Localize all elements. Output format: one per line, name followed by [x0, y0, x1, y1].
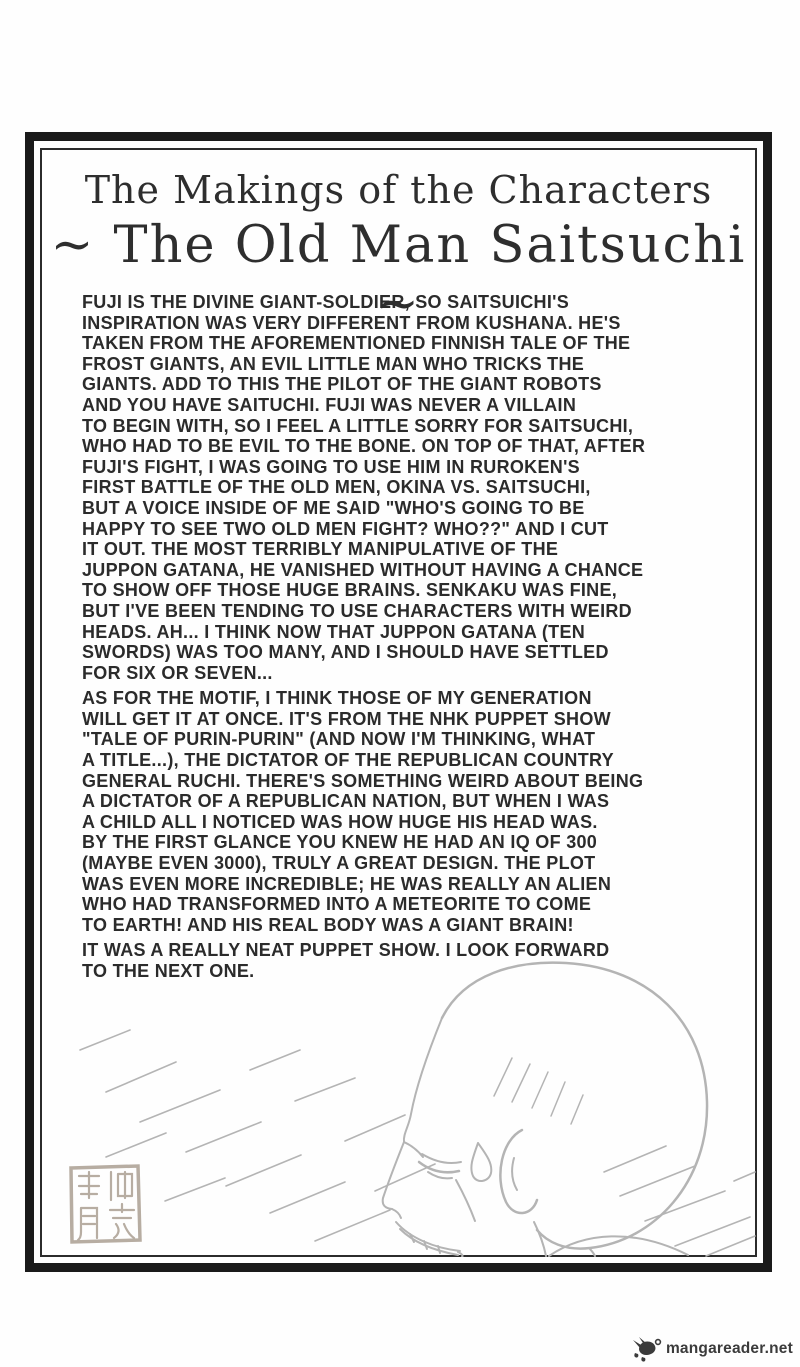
text-line: BY THE FIRST GLANCE YOU KNEW HE HAD AN I…	[82, 832, 742, 853]
text-line: "TALE OF PURIN-PURIN" (AND NOW I'M THINK…	[82, 729, 742, 750]
watermark: mangareader.net	[631, 1336, 793, 1362]
watermark-text: mangareader.net	[666, 1340, 793, 1358]
text-line: FIRST BATTLE OF THE OLD MEN, OKINA VS. S…	[82, 477, 742, 498]
text-line: A DICTATOR OF A REPUBLICAN NATION, BUT W…	[82, 791, 742, 812]
text-line: TAKEN FROM THE AFOREMENTIONED FINNISH TA…	[82, 333, 742, 354]
text-line: FUJI IS THE DIVINE GIANT-SOLDIER, SO SAI…	[82, 292, 742, 313]
text-line: FUJI'S FIGHT, I WAS GOING TO USE HIM IN …	[82, 457, 742, 478]
text-line: WAS EVEN MORE INCREDIBLE; HE WAS REALLY …	[82, 874, 742, 895]
page-title: The Makings of the Characters	[25, 168, 772, 212]
text-line: A TITLE...), THE DICTATOR OF THE REPUBLI…	[82, 750, 742, 771]
text-line: WHO HAD TRANSFORMED INTO A METEORITE TO …	[82, 894, 742, 915]
text-line: AS FOR THE MOTIF, I THINK THOSE OF MY GE…	[82, 688, 742, 709]
text-line: WILL GET IT AT ONCE. IT'S FROM THE NHK P…	[82, 709, 742, 730]
manga-scan-page: The Makings of the Characters ~ The Old …	[0, 0, 800, 1367]
text-line: GENERAL RUCHI. THERE'S SOMETHING WEIRD A…	[82, 771, 742, 792]
text-line: INSPIRATION WAS VERY DIFFERENT FROM KUSH…	[82, 313, 742, 334]
text-line: JUPPON GATANA, HE VANISHED WITHOUT HAVIN…	[82, 560, 742, 581]
text-line: FROST GIANTS, AN EVIL LITTLE MAN WHO TRI…	[82, 354, 742, 375]
text-line: IT OUT. THE MOST TERRIBLY MANIPULATIVE O…	[82, 539, 742, 560]
paragraph: FUJI IS THE DIVINE GIANT-SOLDIER, SO SAI…	[82, 292, 742, 683]
artist-seal-stamp	[66, 1162, 144, 1246]
text-line: GIANTS. ADD TO THIS THE PILOT OF THE GIA…	[82, 374, 742, 395]
text-line: TO BEGIN WITH, SO I FEEL A LITTLE SORRY …	[82, 416, 742, 437]
text-line: HEADS. AH... I THINK NOW THAT JUPPON GAT…	[82, 622, 742, 643]
author-commentary-text: FUJI IS THE DIVINE GIANT-SOLDIER, SO SAI…	[82, 292, 742, 982]
text-line: HAPPY TO SEE TWO OLD MEN FIGHT? WHO??" A…	[82, 519, 742, 540]
text-line: A CHILD ALL I NOTICED WAS HOW HUGE HIS H…	[82, 812, 742, 833]
text-line: TO EARTH! AND HIS REAL BODY WAS A GIANT …	[82, 915, 742, 936]
text-line: BUT A VOICE INSIDE OF ME SAID "WHO'S GOI…	[82, 498, 742, 519]
text-line: (MAYBE EVEN 3000), TRULY A GREAT DESIGN.…	[82, 853, 742, 874]
text-line: BUT I'VE BEEN TENDING TO USE CHARACTERS …	[82, 601, 742, 622]
text-line: FOR SIX OR SEVEN...	[82, 663, 742, 684]
text-line: AND YOU HAVE SAITUCHI. FUJI WAS NEVER A …	[82, 395, 742, 416]
text-line: TO SHOW OFF THOSE HUGE BRAINS. SENKAKU W…	[82, 580, 742, 601]
paragraph: AS FOR THE MOTIF, I THINK THOSE OF MY GE…	[82, 688, 742, 935]
seal-kanji-strokes	[78, 1172, 134, 1240]
text-line: SWORDS) WAS TOO MANY, AND I SHOULD HAVE …	[82, 642, 742, 663]
old-man-head-sketch	[44, 950, 756, 1257]
text-line: WHO HAD TO BE EVIL TO THE BONE. ON TOP O…	[82, 436, 742, 457]
mangareader-logo-icon	[631, 1336, 663, 1362]
